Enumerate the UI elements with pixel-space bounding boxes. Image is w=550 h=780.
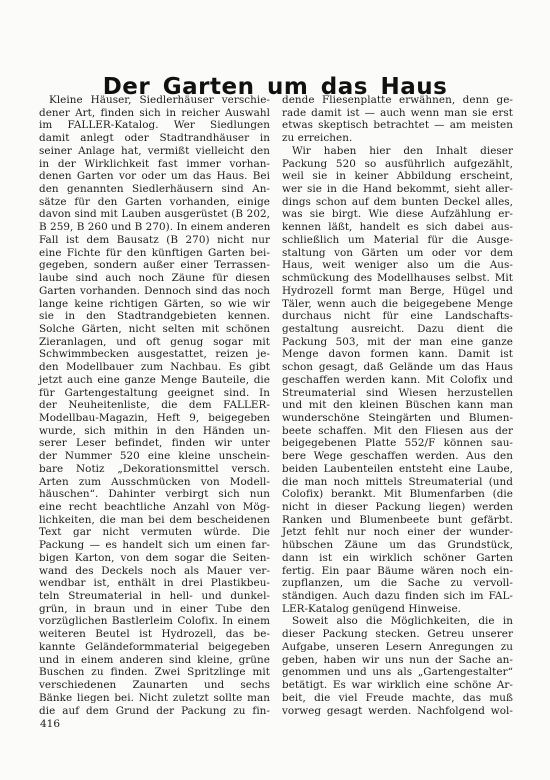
text-line: dings schon auf dem bunten Deckel alles,	[282, 196, 513, 209]
text-line: dieser Packung stecken. Getreu unserer	[282, 628, 513, 641]
text-line: davon sind mit Lauben ausgerüstet (B 202…	[39, 208, 270, 221]
text-line: gestaltung ausreicht. Dazu dient die	[282, 323, 513, 336]
text-line: jetzt auch eine ganze Menge Bauteile, di…	[39, 374, 270, 387]
text-line: in der Wirklichkeit fast immer vorhan-	[39, 158, 270, 171]
text-line: beiden Laubenteilen entsteht eine Laube,	[282, 463, 513, 476]
text-line: beete schaffen. Mit den Fliesen aus der	[282, 425, 513, 438]
text-line: staltung von Gärten um oder vor dem	[282, 247, 513, 260]
text-line: Aufgabe, unseren Lesern Anregungen zu	[282, 641, 513, 654]
text-line: nicht in dieser Packung liegen) werden	[282, 501, 513, 514]
text-line: wunderschöne Steingärten und Blumen-	[282, 412, 513, 425]
text-line: die man noch mittels Streumaterial (und	[282, 476, 513, 489]
text-line: serer Leser befindet, finden wir unter	[39, 437, 270, 450]
text-line: dener Art, finden sich in reicher Auswah…	[39, 107, 270, 120]
text-line: bigen Karton, von dem sogar die Seiten-	[39, 552, 270, 565]
text-line: eine recht beachtliche Anzahl von Mög-	[39, 501, 270, 514]
text-line: kennen läßt, handelt es sich dabei aus-	[282, 221, 513, 234]
text-line: sie in den Stadtrandgebieten kennen.	[39, 310, 270, 323]
text-line: Garten vorhanden. Dennoch sind das noch	[39, 285, 270, 298]
left-column: Kleine Häuser, Siedlerhäuser verschie-de…	[39, 94, 270, 717]
text-line: häuschen“. Dahinter verbirgt sich nun	[39, 488, 270, 501]
text-line: LER-Katalog genügend Hinweise.	[282, 603, 513, 616]
text-line: lange keine richtigen Gärten, so wie wir	[39, 298, 270, 311]
text-line: Arten zum Ausschmücken von Modell-	[39, 476, 270, 489]
text-line: eine Fichte für den künftigen Garten bei…	[39, 247, 270, 260]
text-line: Wir haben hier den Inhalt dieser	[282, 145, 513, 158]
text-line: dann ist ein wirklich schöner Garten	[282, 552, 513, 565]
text-line: Packung — es handelt sich um einen far-	[39, 539, 270, 552]
text-line: vorweg gesagt werden. Nachfolgend wol-	[282, 705, 513, 718]
text-line: Jetzt fehlt nur noch einer der wunder-	[282, 526, 513, 539]
text-line: weiteren Beutel ist Hydrozell, das be-	[39, 628, 270, 641]
text-line: den genannten Siedlerhäusern sind An-	[39, 183, 270, 196]
text-line: Buschen zu finden. Zwei Spritzlinge mit	[39, 666, 270, 679]
text-line: der Neuheitenliste, die dem FALLER-	[39, 399, 270, 412]
text-line: durchaus nicht für eine Landschafts-	[282, 310, 513, 323]
text-line: weil sie in keiner Abbildung erscheint,	[282, 170, 513, 183]
text-line: hübschen Zäune um das Grundstück,	[282, 539, 513, 552]
text-line: Kleine Häuser, Siedlerhäuser verschie-	[39, 94, 270, 107]
text-line: rade damit ist — auch wenn man sie erst	[282, 107, 513, 120]
text-line: der Nummer 520 eine kleine unschein-	[39, 450, 270, 463]
text-line: beigegebenen Platte 552/F können sau-	[282, 437, 513, 450]
text-line: Schwimmbecken ausgestattet, reizen je-	[39, 348, 270, 361]
text-line: wer sie in die Hand bekommt, sieht aller…	[282, 183, 513, 196]
text-line: Soweit also die Möglichkeiten, die in	[282, 615, 513, 628]
text-line: zupflanzen, um die Sache zu vervoll-	[282, 577, 513, 590]
text-line: Haus, weit weniger also um die Aus-	[282, 259, 513, 272]
right-column: dende Fliesenplatte erwähnen, denn ge-ra…	[282, 94, 513, 717]
text-line: was sie birgt. Wie diese Aufzählung er-	[282, 208, 513, 221]
text-line: fertig. Ein paar Bäume wären noch ein-	[282, 565, 513, 578]
text-line: zu erreichen.	[282, 132, 513, 145]
text-line: wurde, sich mithin in den Händen un-	[39, 425, 270, 438]
page-number: 416	[40, 718, 60, 730]
text-line: wendbar ist, enthält in drei Plastikbeu-	[39, 577, 270, 590]
text-line: Täler, wenn auch die beigegebene Menge	[282, 298, 513, 311]
text-line: Packung 520 so ausführlich aufgezählt,	[282, 158, 513, 171]
text-line: etwas skeptisch betrachtet — am meisten	[282, 119, 513, 132]
text-line: Colofix) berankt. Mit Blumenfarben (die	[282, 488, 513, 501]
text-line: Bänke liegen bei. Nicht zuletzt sollte m…	[39, 692, 270, 705]
text-line: und in einem anderen sind kleine, grüne	[39, 654, 270, 667]
text-line: B 259, B 260 und B 270). In einem andere…	[39, 221, 270, 234]
text-line: Packung 503, mit der man eine ganze	[282, 336, 513, 349]
text-line: kannte Geländeformmaterial beigegeben	[39, 641, 270, 654]
text-line: sätze für den Garten vorhanden, einige	[39, 196, 270, 209]
text-line: grün, in braun und in einer Tube den	[39, 603, 270, 616]
text-line: verschiedenen Zaunarten und sechs	[39, 679, 270, 692]
text-line: beit, die viel Freude machte, das muß	[282, 692, 513, 705]
text-line: bere Wege geschaffen werden. Aus den	[282, 450, 513, 463]
text-line: ständigen. Auch dazu finden sich im FAL-	[282, 590, 513, 603]
text-line: Fall ist dem Bausatz (B 270) nicht nur	[39, 234, 270, 247]
text-line: bare Notiz „Dekorationsmittel versch.	[39, 463, 270, 476]
text-line: Zieranlagen, und oft genug sogar mit	[39, 336, 270, 349]
text-line: für Gartengestaltung geeignet sind. In	[39, 387, 270, 400]
text-line: Text gar nicht vermuten würde. Die	[39, 526, 270, 539]
text-line: Modellbau-Magazin, Heft 9, beigegeben	[39, 412, 270, 425]
text-line: denen Garten vor oder um das Haus. Bei	[39, 170, 270, 183]
text-line: Menge davon formen kann. Damit ist	[282, 348, 513, 361]
text-line: wand des Deckels noch als Mauer ver-	[39, 565, 270, 578]
text-line: schließlich um Material für die Ausge-	[282, 234, 513, 247]
text-line: geschaffen werden kann. Mit Colofix und	[282, 374, 513, 387]
text-line: schmückung des Modellhauses selbst. Mit	[282, 272, 513, 285]
text-line: genommen und uns als „Gartengestalter“	[282, 666, 513, 679]
text-line: seiner Anlage hat, vermißt vielleicht de…	[39, 145, 270, 158]
text-line: den Modellbauer zum Nachbau. Es gibt	[39, 361, 270, 374]
text-line: Streumaterial sind Wiesen herzustellen	[282, 387, 513, 400]
text-line: lichkeiten, die man bei dem bescheidenen	[39, 514, 270, 527]
text-line: die auf dem Grund der Packung zu fin-	[39, 705, 270, 718]
text-line: Solche Gärten, nicht selten mit schönen	[39, 323, 270, 336]
text-line: Ranken und Blumenbeete bunt gefärbt.	[282, 514, 513, 527]
text-line: betätigt. Es war wirklich eine schöne Ar…	[282, 679, 513, 692]
text-line: Hydrozell formt man Berge, Hügel und	[282, 285, 513, 298]
text-line: teln Streumaterial in hell- und dunkel-	[39, 590, 270, 603]
text-line: im FALLER-Katalog. Wer Siedlungen	[39, 119, 270, 132]
text-line: geben, haben wir uns nun der Sache an-	[282, 654, 513, 667]
text-line: und mit den kleinen Büschen kann man	[282, 399, 513, 412]
text-line: laube sind auch noch Zäune für diesen	[39, 272, 270, 285]
text-line: damit anlegt oder Stadtrandhäuser in	[39, 132, 270, 145]
text-line: schon gesagt, daß Gelände um das Haus	[282, 361, 513, 374]
text-line: vorzüglichen Bastlerleim Colofix. In ein…	[39, 615, 270, 628]
text-line: dende Fliesenplatte erwähnen, denn ge-	[282, 94, 513, 107]
text-line: gegeben, sondern außer einer Terrassen-	[39, 259, 270, 272]
